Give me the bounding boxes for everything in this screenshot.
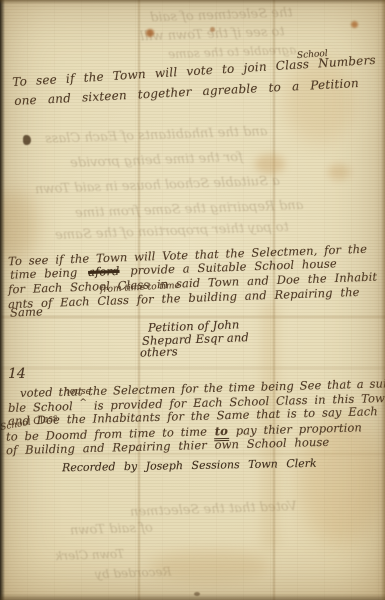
strikethrough-word: aford (85, 264, 123, 279)
paper-edge-top (0, 0, 385, 4)
foxing-spot (210, 27, 215, 32)
article2-line2-pre: time being (10, 265, 78, 281)
stain (150, 550, 270, 582)
heading-line3: others (140, 344, 178, 359)
margin-number: 14 (8, 366, 26, 382)
bleedthrough-line: a Suitable School house in said Town (35, 174, 280, 198)
stain (255, 154, 285, 174)
caret-mark: ^ (79, 398, 87, 408)
bleedthrough-line: to pay thier proportion of the Same (55, 220, 289, 243)
insert-word: house (64, 387, 91, 397)
article2-line5: Same (10, 304, 43, 319)
bleedthrough-line: and the Inhabitants of Each Class (45, 124, 268, 147)
stain (328, 164, 350, 180)
bleedthrough-line: to see if the Town will (140, 24, 285, 44)
bleedthrough-line: of said Town (70, 521, 153, 539)
paper-edge-right (381, 0, 385, 600)
bleedthrough-line: for the time being provide (70, 150, 243, 171)
bleedthrough-line: Voted that the Selectmen (130, 499, 297, 520)
paper-edge-bottom (0, 594, 385, 600)
paper-edge-left (0, 0, 5, 600)
bleedthrough-line: Recorded by (95, 565, 172, 582)
manuscript-page: the Selectmen of said to see if the Town… (0, 0, 385, 600)
ink-blot (23, 135, 31, 145)
bleedthrough-line: the Selectmen of said (150, 6, 293, 26)
bleedthrough-line: Town Clerk (55, 547, 125, 563)
interline-insert-house: house (64, 387, 91, 397)
recorded-by-line: Recorded by Joseph Sessions Town Clerk (62, 457, 317, 474)
foxing-spot (146, 29, 154, 37)
foxing-spot (351, 21, 358, 28)
bleedthrough-line: and Repairing the Same from time (75, 198, 304, 221)
stain (0, 190, 38, 260)
fold-crease-horizontal (0, 366, 385, 370)
